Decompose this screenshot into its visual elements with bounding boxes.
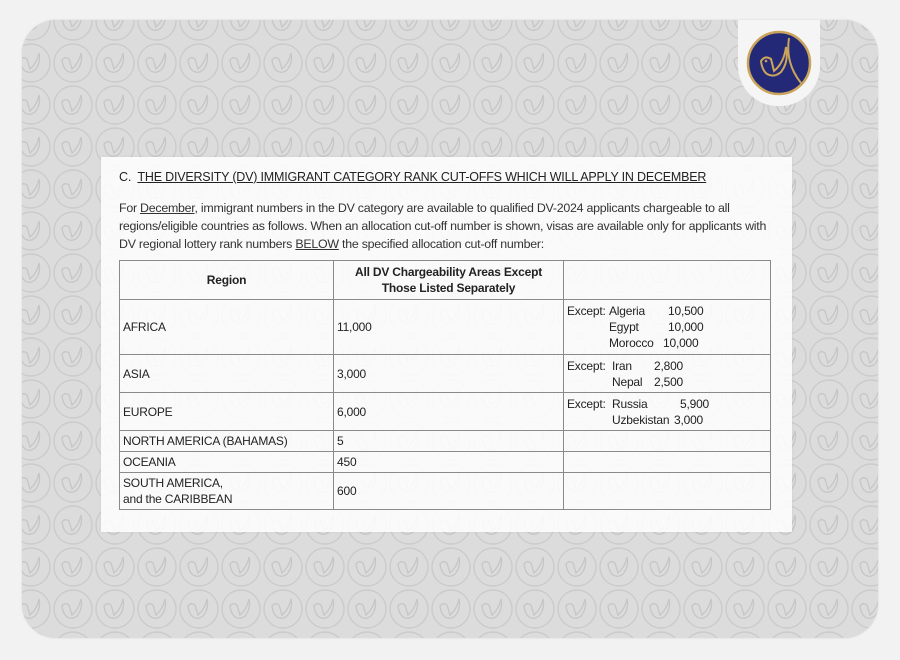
exception-value: 2,800 bbox=[654, 358, 683, 374]
brand-logo-tab[interactable] bbox=[738, 20, 820, 106]
exception-value: 10,000 bbox=[663, 335, 699, 351]
header-line: Those Listed Separately bbox=[382, 281, 515, 295]
paragraph-text: the specified allocation cut-off number: bbox=[339, 237, 544, 251]
intro-paragraph: For December, immigrant numbers in the D… bbox=[119, 199, 779, 253]
cutoff-cell: 6,000 bbox=[334, 393, 564, 431]
exception-value: 5,900 bbox=[680, 396, 709, 412]
exception-country: Nepal bbox=[612, 374, 644, 390]
exceptions-cell: Except:Iran2,800 Nepal2,500 bbox=[564, 355, 771, 393]
region-cell: ASIA bbox=[120, 355, 334, 393]
except-label: Except: bbox=[567, 396, 609, 412]
exceptions-cell: Except:Algeria10,500 Egypt10,000 Morocco… bbox=[564, 300, 771, 355]
cutoff-cell: 600 bbox=[334, 473, 564, 510]
cutoff-table: Region All DV Chargeability Areas Except… bbox=[119, 260, 771, 510]
region-cell: OCEANIA bbox=[120, 452, 334, 473]
region-cell: AFRICA bbox=[120, 300, 334, 355]
region-cell: SOUTH AMERICA, and the CARIBBEAN bbox=[120, 473, 334, 510]
header-line: All DV Chargeability Areas Except bbox=[355, 265, 542, 279]
heading-prefix: C. bbox=[119, 170, 131, 184]
except-label: Except: bbox=[567, 358, 609, 374]
document-panel: C. THE DIVERSITY (DV) IMMIGRANT CATEGORY… bbox=[101, 157, 792, 532]
exception-country: Uzbekistan bbox=[612, 412, 670, 428]
region-line: SOUTH AMERICA, bbox=[123, 476, 223, 490]
exceptions-cell: Except:Russia5,900 Uzbekistan3,000 bbox=[564, 393, 771, 431]
table-row: EUROPE 6,000 Except:Russia5,900 Uzbekist… bbox=[120, 393, 771, 431]
paragraph-text: For bbox=[119, 201, 140, 215]
table-header-row: Region All DV Chargeability Areas Except… bbox=[120, 261, 771, 300]
exception-value: 2,500 bbox=[654, 374, 683, 390]
exception-country: Algeria bbox=[609, 303, 658, 319]
header-region: Region bbox=[120, 261, 334, 300]
header-exceptions bbox=[564, 261, 771, 300]
region-cell: EUROPE bbox=[120, 393, 334, 431]
dove-logo-icon bbox=[744, 28, 814, 98]
table-row: ASIA 3,000 Except:Iran2,800 Nepal2,500 bbox=[120, 355, 771, 393]
exceptions-cell bbox=[564, 431, 771, 452]
exception-country: Iran bbox=[612, 358, 644, 374]
except-label: Except: bbox=[567, 303, 609, 319]
cutoff-cell: 11,000 bbox=[334, 300, 564, 355]
paragraph-month: December bbox=[140, 201, 194, 215]
exception-country: Russia bbox=[612, 396, 670, 412]
exception-value: 3,000 bbox=[674, 412, 703, 428]
exceptions-cell bbox=[564, 473, 771, 510]
cutoff-cell: 3,000 bbox=[334, 355, 564, 393]
table-row: OCEANIA 450 bbox=[120, 452, 771, 473]
exception-value: 10,500 bbox=[668, 303, 704, 319]
table-row: NORTH AMERICA (BAHAMAS) 5 bbox=[120, 431, 771, 452]
exception-country: Morocco bbox=[609, 335, 658, 351]
table-row: SOUTH AMERICA, and the CARIBBEAN 600 bbox=[120, 473, 771, 510]
paragraph-below: BELOW bbox=[295, 237, 339, 251]
region-cell: NORTH AMERICA (BAHAMAS) bbox=[120, 431, 334, 452]
region-line: and the CARIBBEAN bbox=[123, 492, 232, 506]
exception-country: Egypt bbox=[609, 319, 658, 335]
table-row: AFRICA 11,000 Except:Algeria10,500 Egypt… bbox=[120, 300, 771, 355]
header-all-areas: All DV Chargeability Areas Except Those … bbox=[334, 261, 564, 300]
section-heading: C. THE DIVERSITY (DV) IMMIGRANT CATEGORY… bbox=[119, 170, 706, 184]
exception-value: 10,000 bbox=[668, 319, 704, 335]
cutoff-cell: 5 bbox=[334, 431, 564, 452]
exceptions-cell bbox=[564, 452, 771, 473]
cutoff-cell: 450 bbox=[334, 452, 564, 473]
heading-title: THE DIVERSITY (DV) IMMIGRANT CATEGORY RA… bbox=[137, 170, 706, 184]
